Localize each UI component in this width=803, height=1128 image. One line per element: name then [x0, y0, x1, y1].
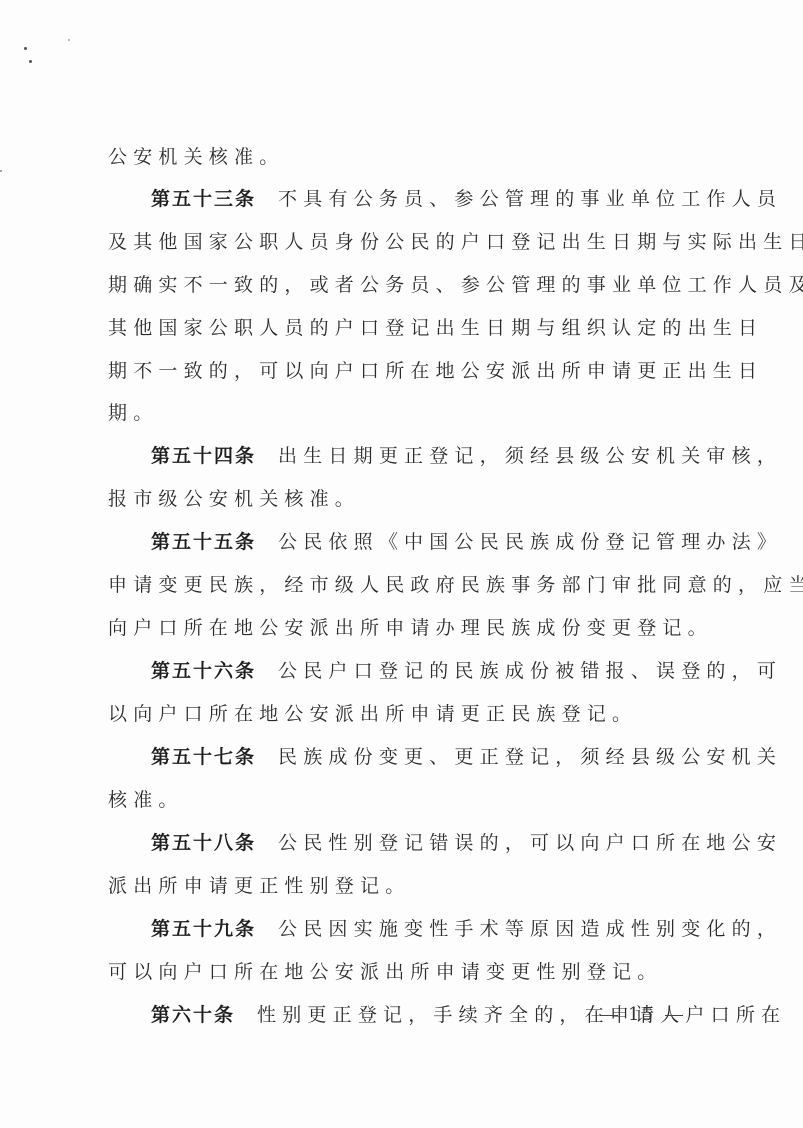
text-line: 报市级公安机关核准。 — [108, 479, 708, 519]
text-line: 以向户口所在地公安派出所申请更正民族登记。 — [108, 694, 708, 734]
article-heading-line: 第五十三条不具有公务员、参公管理的事业单位工作人员 — [151, 179, 751, 219]
text-line: 可以向户口所在地公安派出所申请变更性别登记。 — [108, 952, 708, 992]
article-number: 第五十八条 — [151, 832, 256, 854]
dash-right — [665, 1015, 683, 1016]
line-text: 派出所申请更正性别登记。 — [108, 875, 410, 897]
line-text: 期。 — [108, 402, 158, 424]
text-line: 期。 — [108, 393, 708, 433]
line-text: 向户口所在地公安派出所申请办理民族成份变更登记。 — [108, 617, 713, 639]
line-text: 公民户口登记的民族成份被错报、误登的，可 — [278, 660, 782, 682]
dash-left — [600, 1015, 618, 1016]
text-line: 公安机关核准。 — [108, 137, 708, 177]
line-text: 期确实不一致的，或者公务员、参公管理的事业单位工作人员及 — [108, 274, 803, 296]
scan-speck — [29, 60, 32, 63]
article-number: 第五十九条 — [151, 918, 256, 940]
line-text: 核准。 — [108, 789, 184, 811]
line-text: 出生日期更正登记，须经县级公安机关审核， — [278, 445, 782, 467]
article-number: 第六十条 — [151, 1004, 235, 1026]
page-number-value: 15 — [628, 1004, 655, 1025]
article-number: 第五十四条 — [151, 445, 256, 467]
line-text: 不具有公务员、参公管理的事业单位工作人员 — [278, 188, 782, 210]
line-text: 民族成份变更、更正登记，须经县级公安机关 — [278, 746, 782, 768]
article-heading-line: 第五十四条出生日期更正登记，须经县级公安机关审核， — [151, 436, 751, 476]
text-line: 核准。 — [108, 780, 708, 820]
scan-speck — [0, 170, 2, 172]
text-line: 期确实不一致的，或者公务员、参公管理的事业单位工作人员及 — [108, 265, 708, 305]
article-number: 第五十三条 — [151, 188, 256, 210]
line-text: 公民依照《中国公民民族成份登记管理办法》 — [278, 531, 782, 553]
text-line: 申请变更民族，经市级人民政府民族事务部门审批同意的，应当 — [108, 565, 708, 605]
line-text: 可以向户口所在地公安派出所申请变更性别登记。 — [108, 961, 662, 983]
line-text: 申请变更民族，经市级人民政府民族事务部门审批同意的，应当 — [108, 574, 803, 596]
scan-speck — [68, 39, 70, 41]
line-text: 及其他国家公职人员身份公民的户口登记出生日期与实际出生日 — [108, 231, 803, 253]
text-line: 期不一致的，可以向户口所在地公安派出所申请更正出生日 — [108, 351, 708, 391]
article-heading-line: 第五十六条公民户口登记的民族成份被错报、误登的，可 — [151, 651, 751, 691]
article-number: 第五十七条 — [151, 746, 256, 768]
line-text: 公民性别登记错误的，可以向户口所在地公安 — [278, 832, 782, 854]
article-number: 第五十六条 — [151, 660, 256, 682]
scan-speck — [24, 47, 27, 50]
text-line: 向户口所在地公安派出所申请办理民族成份变更登记。 — [108, 608, 708, 648]
line-text: 其他国家公职人员的户口登记出生日期与组织认定的出生日 — [108, 317, 763, 339]
text-line: 派出所申请更正性别登记。 — [108, 866, 708, 906]
article-number: 第五十五条 — [151, 531, 256, 553]
article-heading-line: 第五十七条民族成份变更、更正登记，须经县级公安机关 — [151, 737, 751, 777]
text-line: 其他国家公职人员的户口登记出生日期与组织认定的出生日 — [108, 308, 708, 348]
article-heading-line: 第五十八条公民性别登记错误的，可以向户口所在地公安 — [151, 823, 751, 863]
article-heading-line: 第五十九条公民因实施变性手术等原因造成性别变化的， — [151, 909, 751, 949]
page-number: 15 — [590, 1000, 693, 1030]
document-page: 公安机关核准。 第五十三条不具有公务员、参公管理的事业单位工作人员 及其他国家公… — [0, 0, 803, 1128]
line-text: 性别更正登记，手续齐全的，在申请人户口所在 — [257, 1004, 786, 1026]
line-text: 以向户口所在地公安派出所申请更正民族登记。 — [108, 703, 637, 725]
article-heading-line: 第五十五条公民依照《中国公民民族成份登记管理办法》 — [151, 522, 751, 562]
line-text: 期不一致的，可以向户口所在地公安派出所申请更正出生日 — [108, 360, 763, 382]
text-line: 及其他国家公职人员身份公民的户口登记出生日期与实际出生日 — [108, 222, 708, 262]
line-text: 公民因实施变性手术等原因造成性别变化的， — [278, 918, 782, 940]
line-text: 公安机关核准。 — [108, 146, 284, 168]
line-text: 报市级公安机关核准。 — [108, 488, 360, 510]
